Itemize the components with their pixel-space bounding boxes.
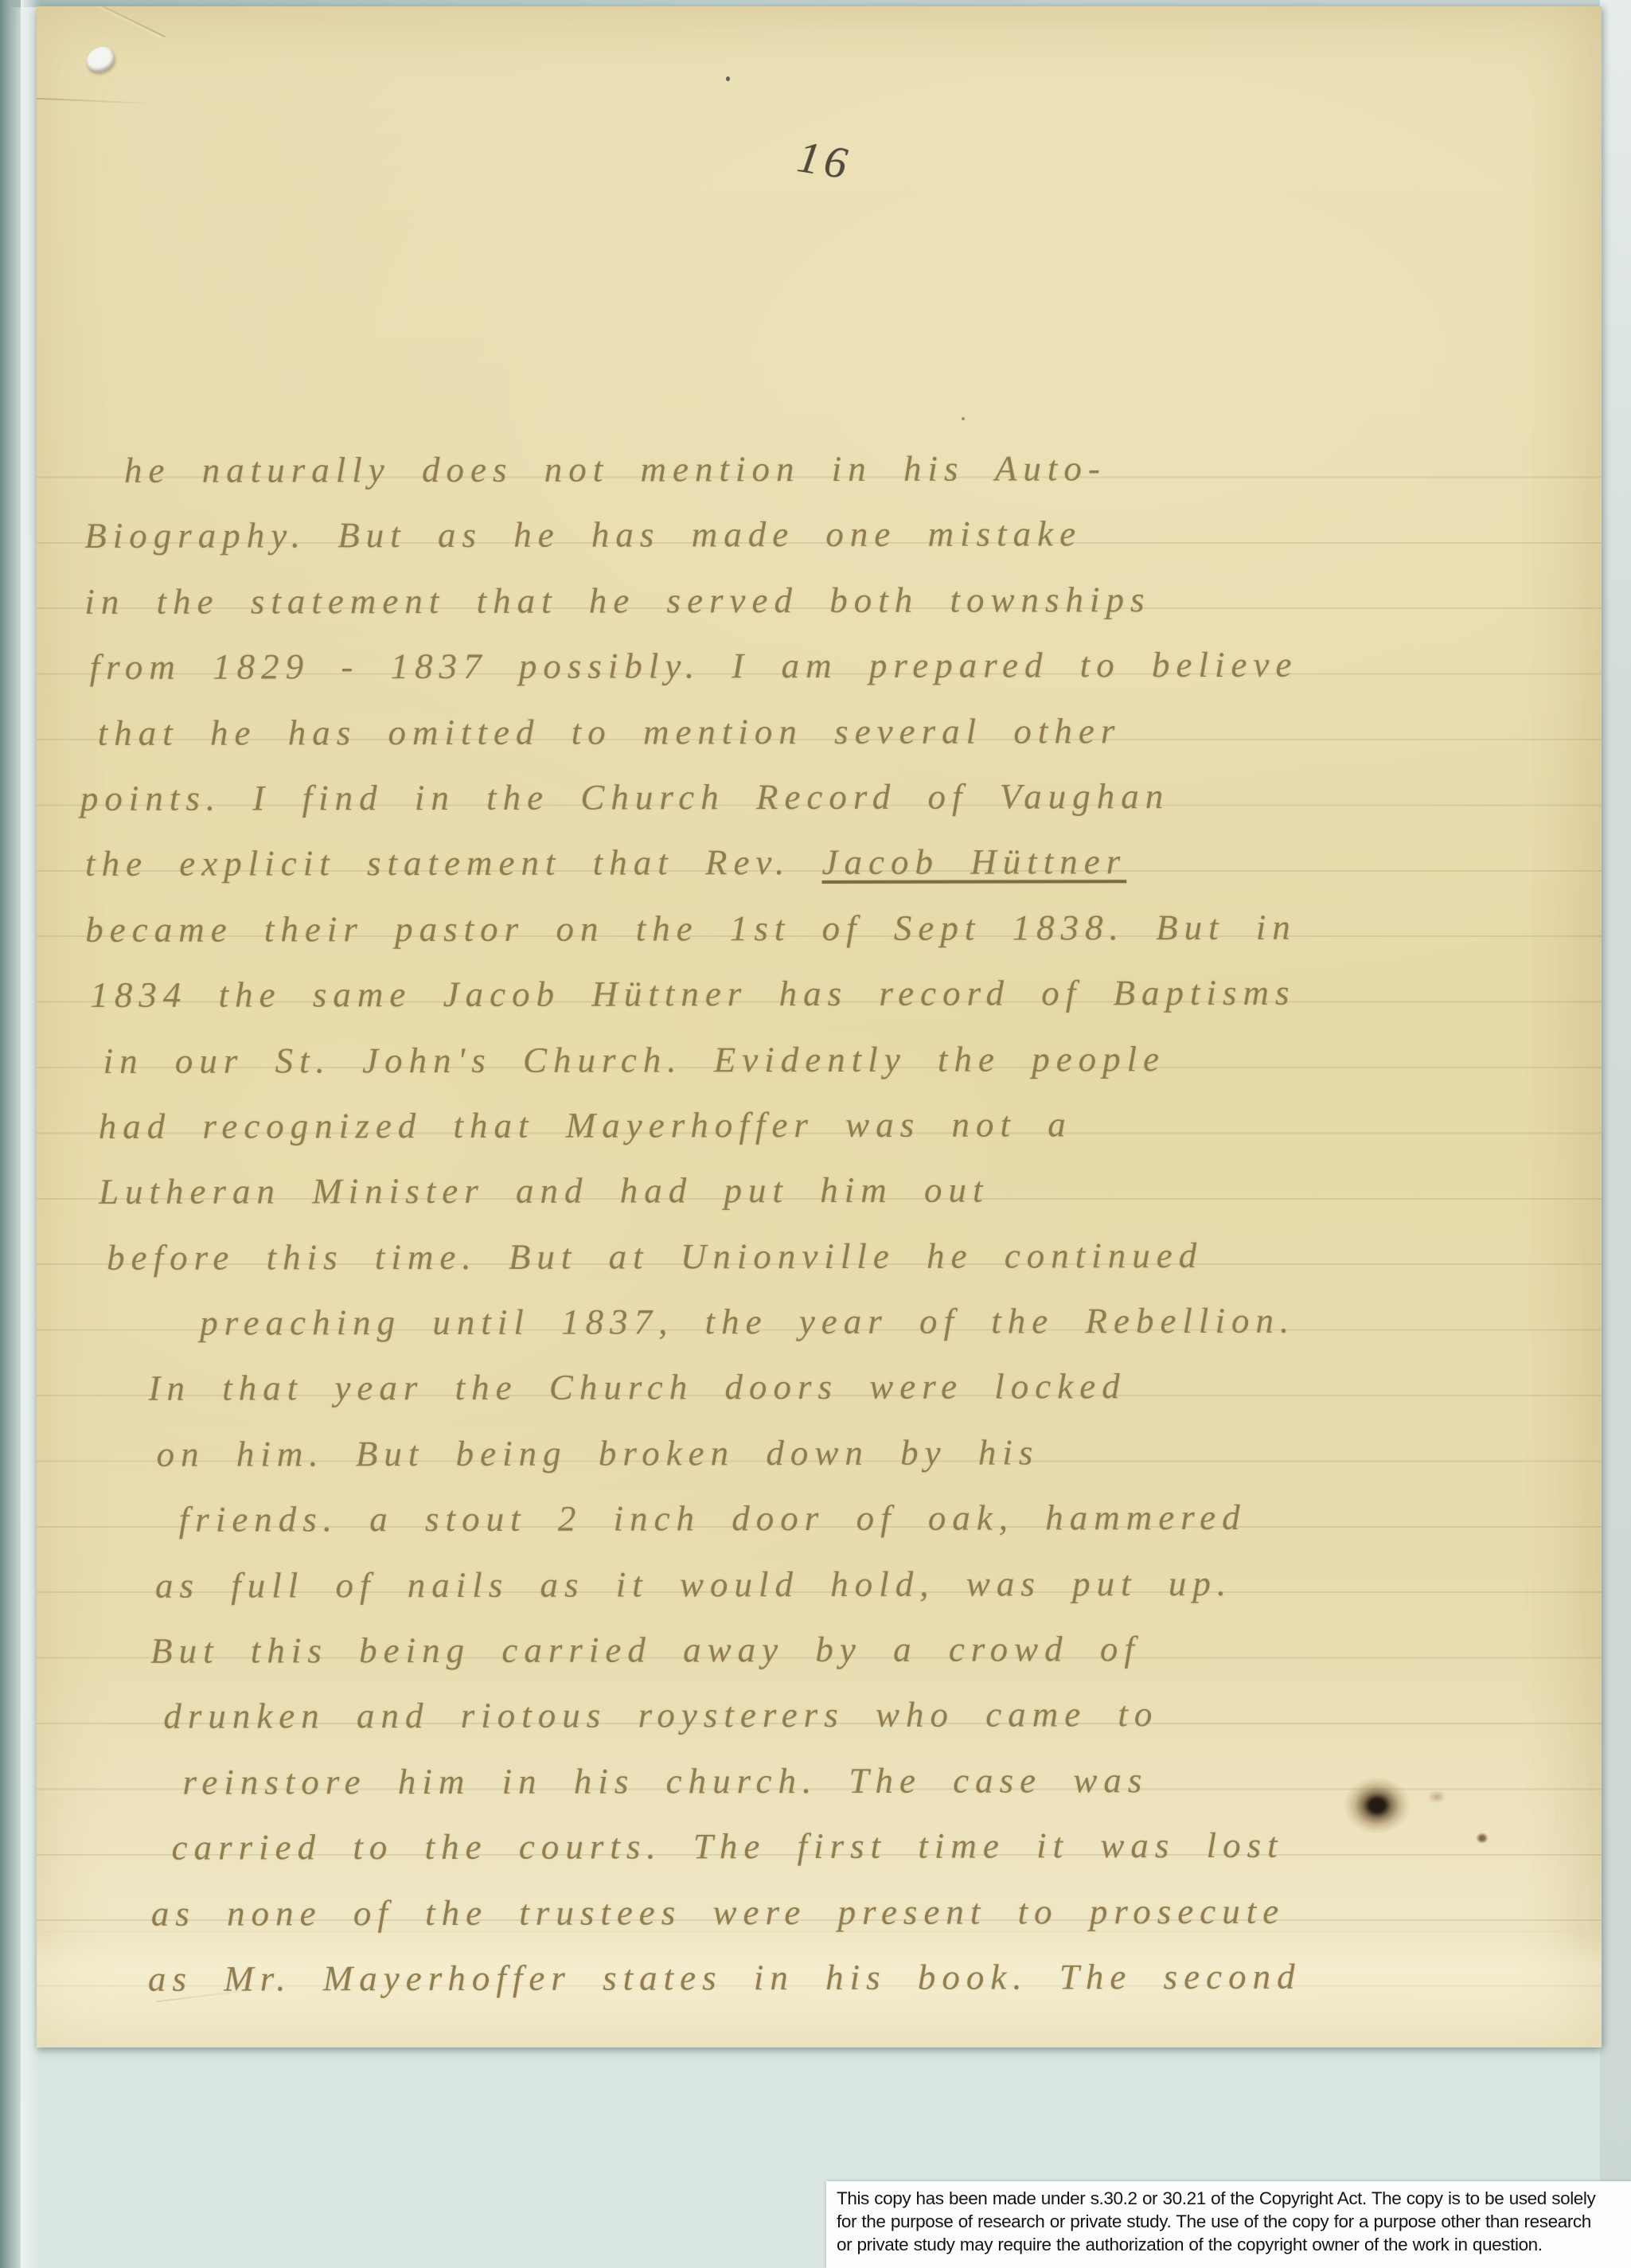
copyright-stamp-line: for the purpose of research or private s… xyxy=(837,2210,1631,2233)
handwritten-line: But this being carried away by a crowd o… xyxy=(37,1615,1602,1684)
ink-speck xyxy=(726,76,730,81)
handwritten-line: had recognized that Mayerhoffer was not … xyxy=(37,1091,1602,1160)
handwritten-line: Lutheran Minister and had put him out xyxy=(37,1156,1602,1225)
handwritten-line: preaching until 1837, the year of the Re… xyxy=(37,1287,1602,1357)
handwritten-line: became their pastor on the 1st of Sept 1… xyxy=(37,894,1601,963)
ink-speck xyxy=(962,417,965,420)
scanned-document: 16 he naturally does not mention in his … xyxy=(0,0,1631,2268)
handwritten-line: as full of nails as it would hold, was p… xyxy=(37,1550,1602,1619)
crease-top-left xyxy=(37,98,156,105)
handwritten-line: on him. But being broken down by his xyxy=(37,1419,1602,1488)
handwritten-line: 1834 the same Jacob Hüttner has record o… xyxy=(37,959,1601,1029)
handwritten-line: as none of the trustees were present to … xyxy=(38,1878,1602,1947)
burn-smudge xyxy=(1425,1788,1449,1805)
crease-top-right xyxy=(43,6,166,37)
handwritten-line: before this time. But at Unionville he c… xyxy=(37,1222,1602,1291)
handwritten-line: in the statement that he served both tow… xyxy=(37,566,1600,635)
copyright-stamp-line: or private study may require the authori… xyxy=(837,2233,1631,2256)
handwritten-line: points. I find in the Church Record of V… xyxy=(37,763,1601,832)
handwritten-line: in our St. John's Church. Evidently the … xyxy=(37,1025,1602,1094)
manuscript-paper: 16 he naturally does not mention in his … xyxy=(37,6,1602,2047)
handwritten-line: drunken and riotous roysterers who came … xyxy=(37,1681,1602,1750)
copyright-stamp-line: This copy has been made under s.30.2 or … xyxy=(837,2187,1631,2210)
handwritten-line: friends. a stout 2 inch door of oak, ham… xyxy=(37,1484,1602,1553)
handwritten-line: from 1829 - 1837 possibly. I am prepared… xyxy=(37,631,1601,701)
underlined-name: Jacob Hüttner xyxy=(821,842,1126,883)
handwritten-segment: the explicit statement that Rev. xyxy=(85,842,822,884)
handwritten-line: that he has omitted to mention several o… xyxy=(37,697,1601,767)
page-number: 16 xyxy=(794,131,855,190)
handwritten-line: Biography. But as he has made one mistak… xyxy=(37,500,1600,569)
burn-spot xyxy=(1333,1767,1422,1844)
handwritten-line: In that year the Church doors were locke… xyxy=(37,1353,1602,1422)
copyright-stamp: This copy has been made under s.30.2 or … xyxy=(826,2181,1631,2268)
paper-hole xyxy=(82,43,118,76)
handwritten-line: he naturally does not mention in his Aut… xyxy=(37,435,1600,504)
handwritten-line: the explicit statement that Rev. Jacob H… xyxy=(37,828,1601,897)
handwritten-line: as Mr. Mayerhoffer states in his book. T… xyxy=(38,1943,1602,2012)
scanner-bed-right-area xyxy=(1600,0,1631,2268)
burn-speck xyxy=(1474,1831,1490,1845)
